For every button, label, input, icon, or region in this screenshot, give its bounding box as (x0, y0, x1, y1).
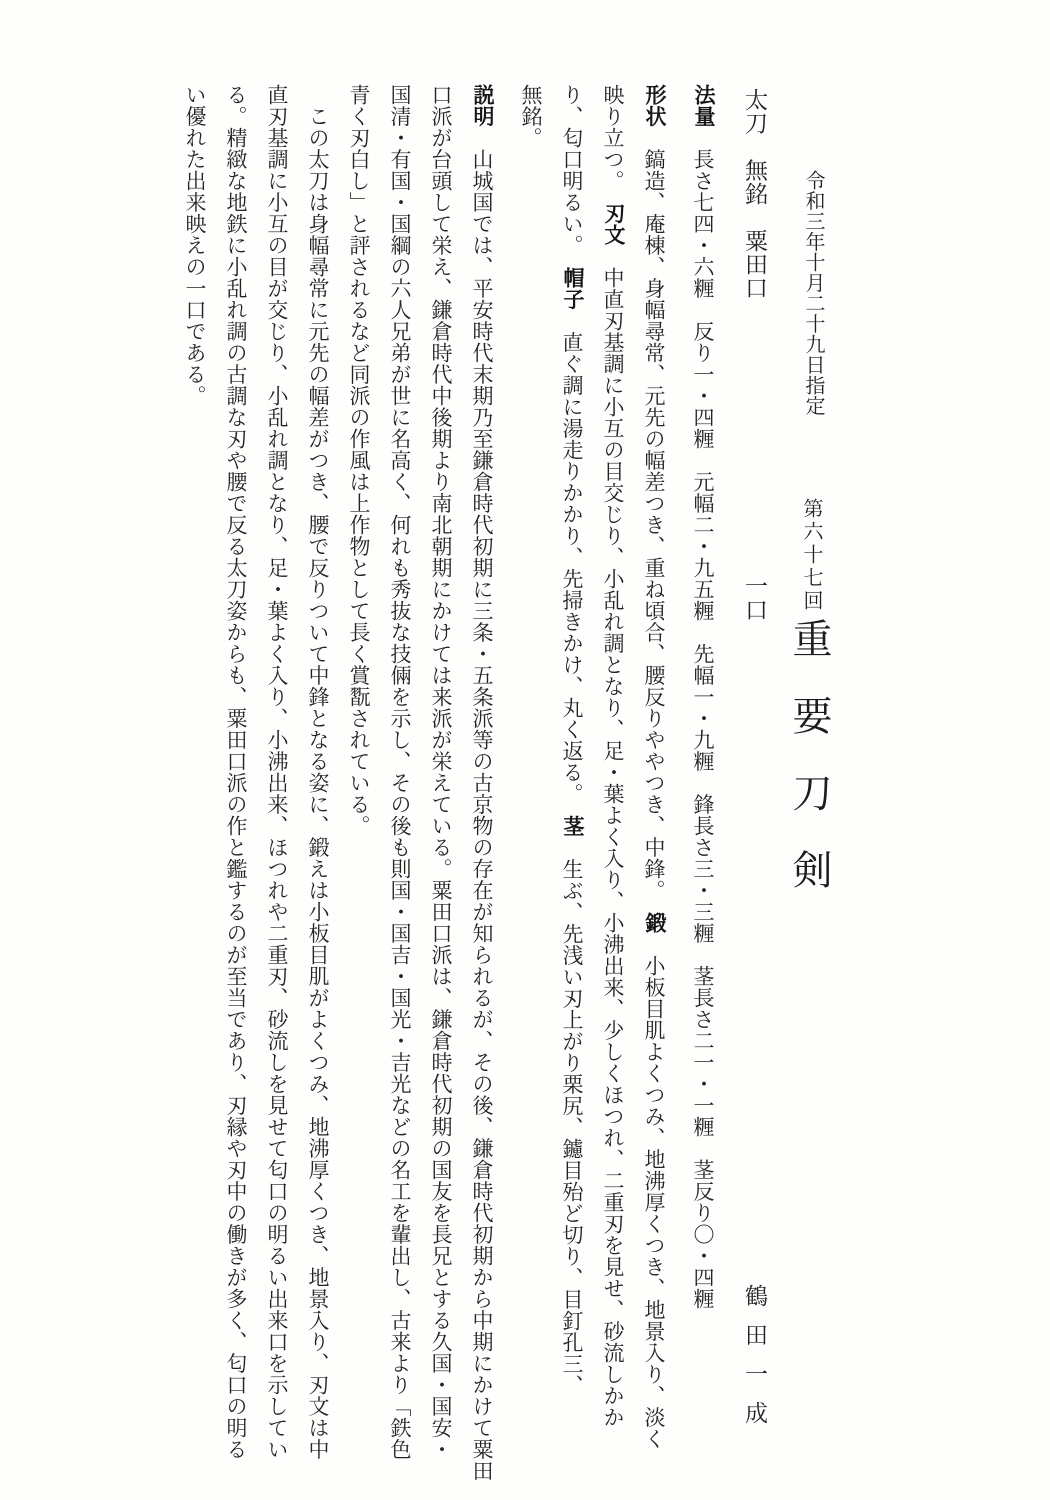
column-text: り、匂口明るい。 (560, 84, 584, 267)
text-column: 直刃基調に小互の目が交じり、小乱れ調となり、足・葉よく入り、小沸出来、ほつれや二… (266, 84, 288, 1484)
section-label: 法量 (692, 84, 715, 127)
column-text: この太刀は身幅尋常に元先の幅差がつき、腰で反りついて中鋒となる姿に、鍛えは小板目… (306, 84, 330, 1460)
text-column: い優れた出来映えの一口である。 (184, 84, 206, 1484)
column-text: 鎬造、庵棟、身幅尋常、元先の幅差つき、重ね頃合、腰反りややつき、中鋒。 (642, 127, 666, 912)
text-column: 法量 長さ七四・六糎 反り一・四糎 元幅二・九五糎 先幅一・九糎 鋒長さ三・三糎… (692, 84, 714, 1484)
column-text: 無銘。 (519, 84, 543, 149)
item-count: 一口 (738, 574, 771, 622)
column-text: 映り立つ。 (601, 84, 625, 203)
section-label: 形状 (643, 84, 666, 127)
text-column: 口派が台頭して栄え、鎌倉時代中後期より南北朝期にかけては来派が栄えている。粟田口… (430, 84, 452, 1484)
column-text: る。精緻な地鉄に小乱れ調の古調な刃や腰で反る太刀姿からも、粟田口派の作と鑑するの… (224, 84, 248, 1460)
column-text: 中直刃基調に小互の目交じり、小乱れ調となり、足・葉よく入り、小沸出来、少しくほつ… (601, 246, 625, 1429)
owner-name: 鶴田一成 (738, 1284, 771, 1440)
token-zufu-page: 令和三年十月二十九日指定 第六十七回 重要刀剣 太刀 無銘 粟田口 一口 鶴田一… (0, 0, 1050, 1500)
column-text: 直刃基調に小互の目が交じり、小乱れ調となり、足・葉よく入り、小沸出来、ほつれや二… (265, 84, 289, 1460)
body-text: 法量 長さ七四・六糎 反り一・四糎 元幅二・九五糎 先幅一・九糎 鋒長さ三・三糎… (184, 84, 714, 1484)
designation-date: 令和三年十月二十九日指定 (799, 170, 828, 416)
session-number: 第六十七回 (797, 498, 826, 613)
column-text: 青く刃白し」と評されるなど同派の作風は上作物として長く賞翫されている。 (347, 84, 371, 837)
text-column: 映り立つ。 刃文 中直刃基調に小互の目交じり、小乱れ調となり、足・葉よく入り、小… (602, 84, 624, 1484)
section-label: 鍛 (643, 912, 666, 934)
column-text: 生ぶ、先浅い刃上がり栗尻、鑢目殆ど切り、目釘孔三、 (560, 837, 584, 1396)
text-column: 青く刃白し」と評されるなど同派の作風は上作物として長く賞翫されている。 (348, 84, 370, 1484)
column-text: 山城国では、平安時代末期乃至鎌倉時代初期に三条・五条派等の古京物の存在が知られる… (470, 127, 494, 1482)
column-text: 国清・有国・国綱の六人兄弟が世に名高く、何れも秀抜な技倆を示し、その後も則国・国… (388, 84, 412, 1460)
text-column: 説明 山城国では、平安時代末期乃至鎌倉時代初期に三条・五条派等の古京物の存在が知… (471, 84, 493, 1484)
column-text: 口派が台頭して栄え、鎌倉時代中後期より南北朝期にかけては来派が栄えている。粟田口… (429, 84, 453, 1460)
column-text: い優れた出来映えの一口である。 (183, 84, 207, 407)
section-label: 説明 (471, 84, 494, 127)
section-label: 帽子 (561, 267, 584, 310)
text-column: 国清・有国・国綱の六人兄弟が世に名高く、何れも秀抜な技倆を示し、その後も則国・国… (389, 84, 411, 1484)
column-text: 小板目肌よくつみ、地沸厚くつき、地景入り、淡く (642, 934, 666, 1450)
item-heading: 太刀 無銘 粟田口 (738, 88, 771, 300)
column-text: 直ぐ調に湯走りかかり、先掃きかけ、丸く返る。 (560, 310, 584, 816)
text-column: 無銘。 (520, 84, 542, 1484)
text-column: 形状 鎬造、庵棟、身幅尋常、元先の幅差つき、重ね頃合、腰反りややつき、中鋒。 鍛… (643, 84, 665, 1484)
text-column: り、匂口明るい。 帽子 直ぐ調に湯走りかかり、先掃きかけ、丸く返る。 茎 生ぶ、… (561, 84, 583, 1484)
page-title: 重要刀剣 (781, 618, 838, 926)
text-column: この太刀は身幅尋常に元先の幅差がつき、腰で反りついて中鋒となる姿に、鍛えは小板目… (307, 84, 329, 1484)
section-label: 茎 (561, 816, 584, 838)
text-column: る。精緻な地鉄に小乱れ調の古調な刃や腰で反る太刀姿からも、粟田口派の作と鑑するの… (225, 84, 247, 1484)
section-label: 刃文 (602, 203, 625, 246)
column-text: 長さ七四・六糎 反り一・四糎 元幅二・九五糎 先幅一・九糎 鋒長さ三・三糎 茎長… (691, 127, 715, 1310)
